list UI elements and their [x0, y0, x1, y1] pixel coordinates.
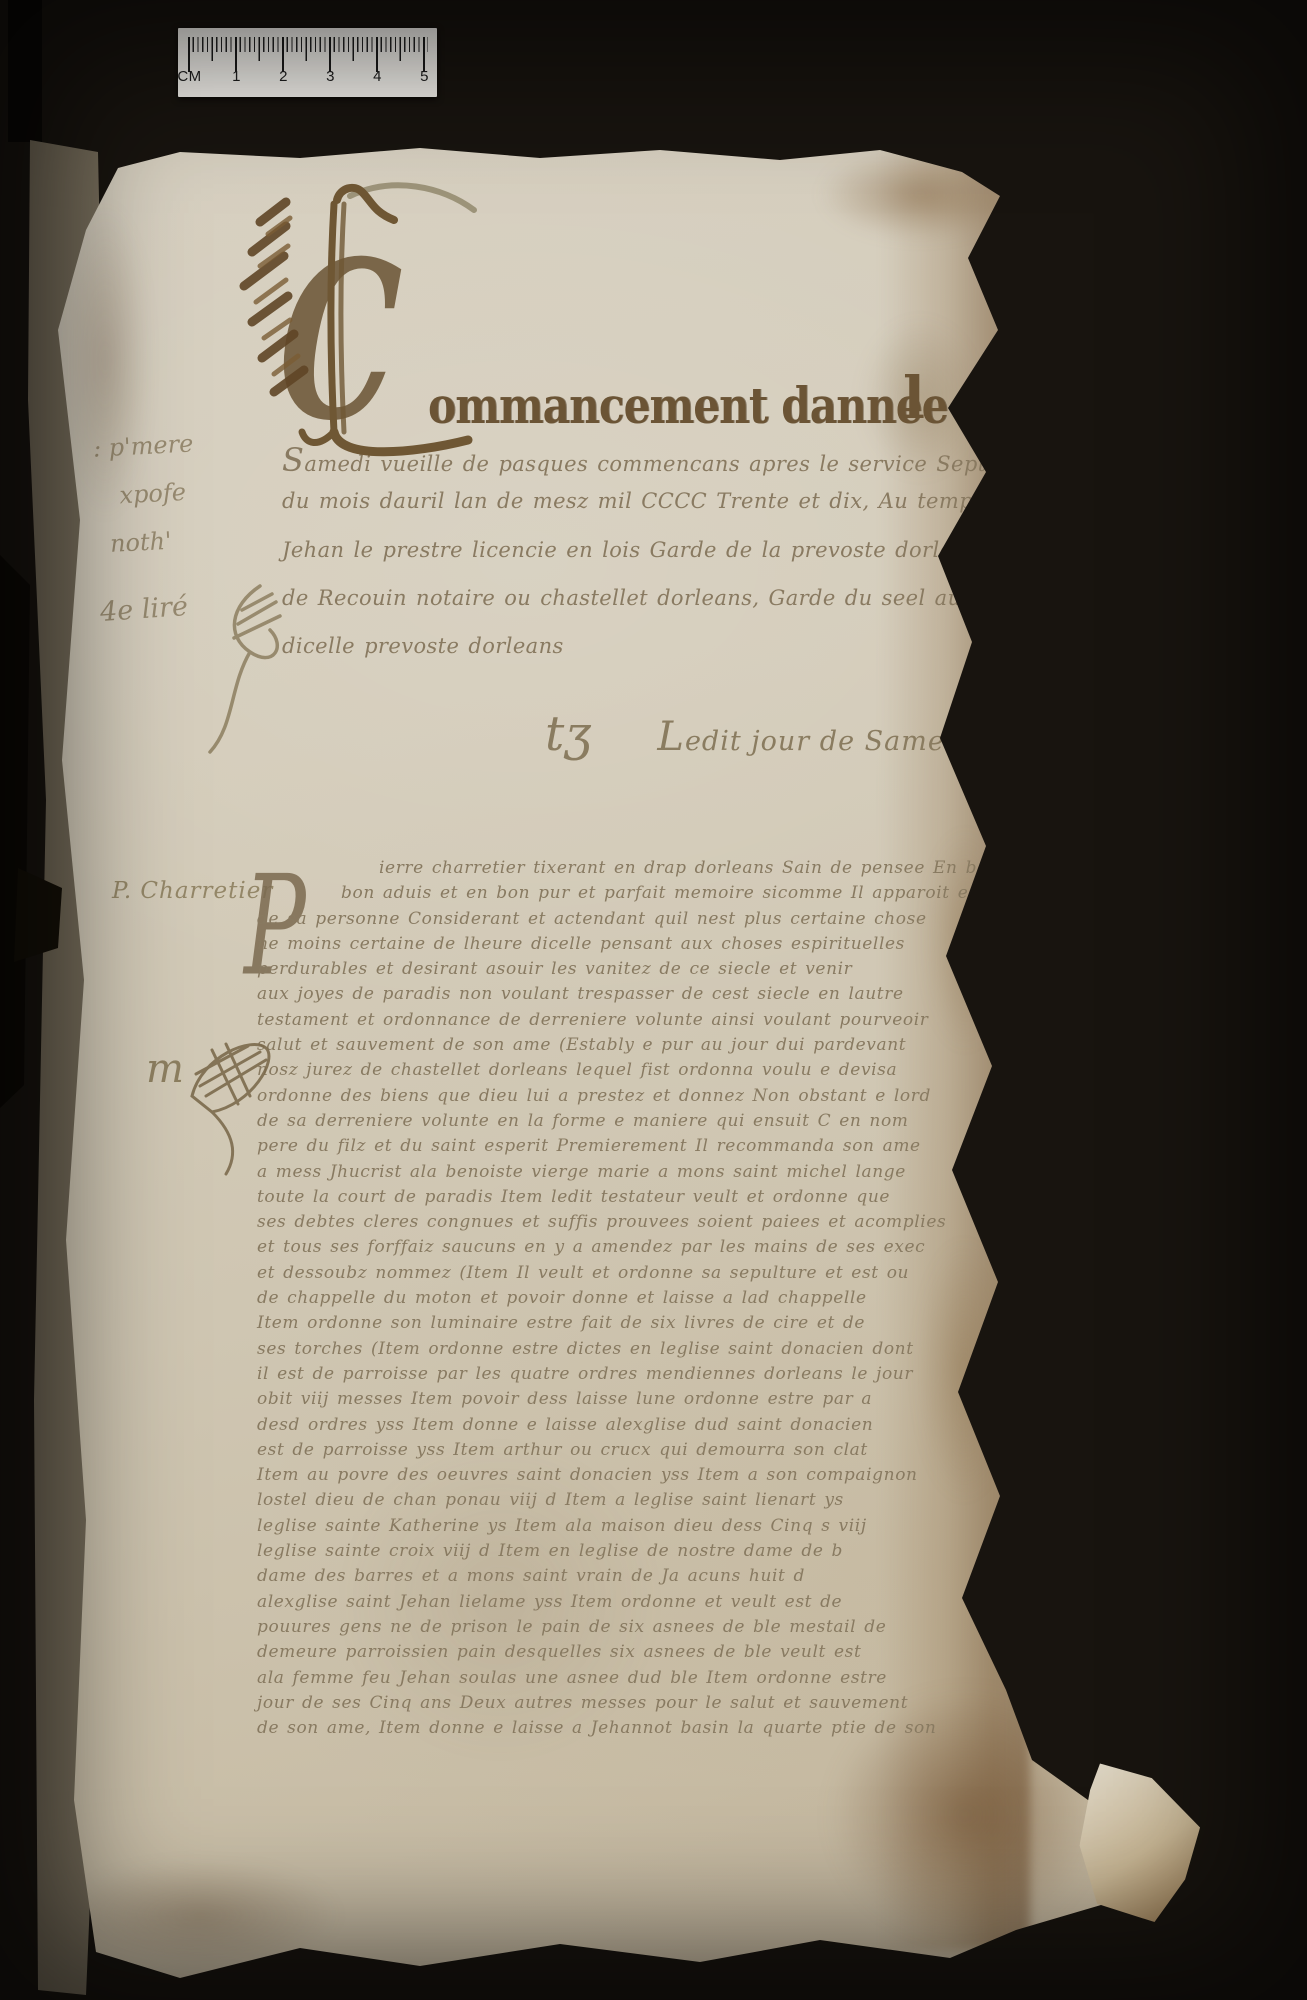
body-text-line: il est de parroisse par les quatre ordre… [257, 1364, 957, 1389]
body-text-line: dame des barres et a mons saint vrain de… [257, 1566, 957, 1591]
body-text-line: et tous ses forffaiz saucuns en y a amen… [257, 1237, 957, 1262]
body-text-line: ordonne des biens que dieu lui a prestez… [257, 1086, 957, 1111]
body-text-line: leglise sainte Katherine ys Item ala mai… [257, 1516, 957, 1541]
paragraph-mark: tʒ [545, 706, 591, 762]
ruler-label: 4 [354, 68, 401, 85]
ruler-label: CM [166, 68, 213, 85]
margin-note-line: : p'mere [92, 429, 195, 482]
body-text-line: ses debtes cleres congnues et suffis pro… [257, 1212, 957, 1237]
heading-edge-letter: l [903, 364, 925, 432]
body-text-line: de chappelle du moton et povoir donne et… [257, 1288, 957, 1313]
body-text-line: salut et sauvement de son ame (Estably e… [257, 1035, 957, 1060]
top-right-stain [820, 148, 1020, 240]
body-text-line: bon aduis et en bon pur et parfait memoi… [341, 883, 957, 908]
body-text-line: de sa derreniere volunte en la forme e m… [257, 1111, 957, 1136]
manuscript-photograph: C ommancement dannee qui est l Samedi vu… [0, 0, 1307, 2000]
ruler-label: 5 [401, 68, 448, 85]
ruler-ticks [188, 37, 428, 72]
body-text-line: obit viij messes Item povoir dess laisse… [257, 1389, 957, 1414]
body-text-line: nosz jurez de chastellet dorleans lequel… [257, 1060, 957, 1085]
body-text-line: perdurables et desirant asouir les vanit… [257, 959, 957, 984]
body-text-line: pere du filz et du saint esperit Premier… [257, 1136, 957, 1161]
body-text-line: est de parroisse yss Item arthur ou cruc… [257, 1440, 957, 1465]
body-text-line: lostel dieu de chan ponau viij d Item a … [257, 1490, 957, 1515]
margin-note-line: xpofe [119, 477, 198, 529]
body-text-line: de sa personne Considerant et actendant … [257, 909, 957, 934]
body-text-line: et dessoubz nommez (Item Il veult et ord… [257, 1263, 957, 1288]
intro-paragraph: Samedi vueille de pasques commencans apr… [282, 441, 950, 682]
body-text-line: de son ame, Item donne e laisse a Jehann… [257, 1718, 957, 1743]
body-text-line: toute la court de paradis Item ledit tes… [257, 1187, 957, 1212]
margin-note-tire: 4e liré [99, 591, 189, 628]
body-text-line: aux joyes de paradis non voulant trespas… [257, 984, 957, 1009]
margin-paraph-flourish [190, 566, 300, 756]
margin-monogram-paraph: m [142, 1026, 292, 1176]
bottom-left-stain [60, 1860, 340, 1970]
body-text-line: a mess Jhucrist ala benoiste vierge mari… [257, 1162, 957, 1187]
ruler-labels: CM12345 [166, 68, 449, 85]
body-text-line: Item ordonne son luminaire estre fait de… [257, 1313, 957, 1338]
ruler-label: 3 [307, 68, 354, 85]
body-text-line: ala femme feu Jehan soulas une asnee dud… [257, 1668, 957, 1693]
body-text-line: ses torches (Item ordonne estre dictes e… [257, 1339, 957, 1364]
intro-line: dicelle prevoste dorleans [282, 634, 950, 682]
ruler-label: 1 [213, 68, 260, 85]
body-text-line: testament et ordonnance de derreniere vo… [257, 1010, 957, 1035]
body-text-line: pouures gens ne de prison le pain de six… [257, 1617, 957, 1642]
intro-line: de Recouin notaire ou chastellet dorlean… [282, 586, 950, 634]
body-text-line: demeure parroissien pain desquelles six … [257, 1642, 957, 1667]
margin-note-line: noth' [109, 525, 200, 578]
body-text-line: ne moins certaine de lheure dicelle pens… [257, 934, 957, 959]
penwork-flourish-initial [222, 182, 522, 472]
body-text-line: desd ordres yss Item donne e laisse alex… [257, 1415, 957, 1440]
intro-line: Jehan le prestre licencie en lois Garde … [282, 538, 950, 586]
monogram-letter: m [146, 1046, 184, 1092]
intro-line: du mois dauril lan de mesz mil CCCC Tren… [282, 489, 950, 537]
body-text-line: alexglise saint Jehan lielame yss Item o… [257, 1592, 957, 1617]
body-text-line: jour de ses Cinq ans Deux autres messes … [257, 1693, 957, 1718]
body-text-line: leglise sainte croix viij d Item en legl… [257, 1541, 957, 1566]
parchment-page: C ommancement dannee qui est l Samedi vu… [0, 0, 1307, 2000]
ruler-label: 2 [260, 68, 307, 85]
body-text-line: Item au povre des oeuvres saint donacien… [257, 1465, 957, 1490]
cm-scale-ruler: CM12345 [178, 28, 437, 97]
subheading-text: Ledit jour de Samedi [657, 714, 972, 760]
margin-note-top: : p'merexpofenoth' [92, 429, 200, 578]
book-clamp-shadow [8, 0, 42, 142]
body-text-line: ierre charretier tixerant en drap dorlea… [379, 858, 957, 883]
subheading-row: tʒ Ledit jour de Samedi [545, 706, 973, 762]
body-text: ierre charretier tixerant en drap dorlea… [257, 858, 957, 1743]
